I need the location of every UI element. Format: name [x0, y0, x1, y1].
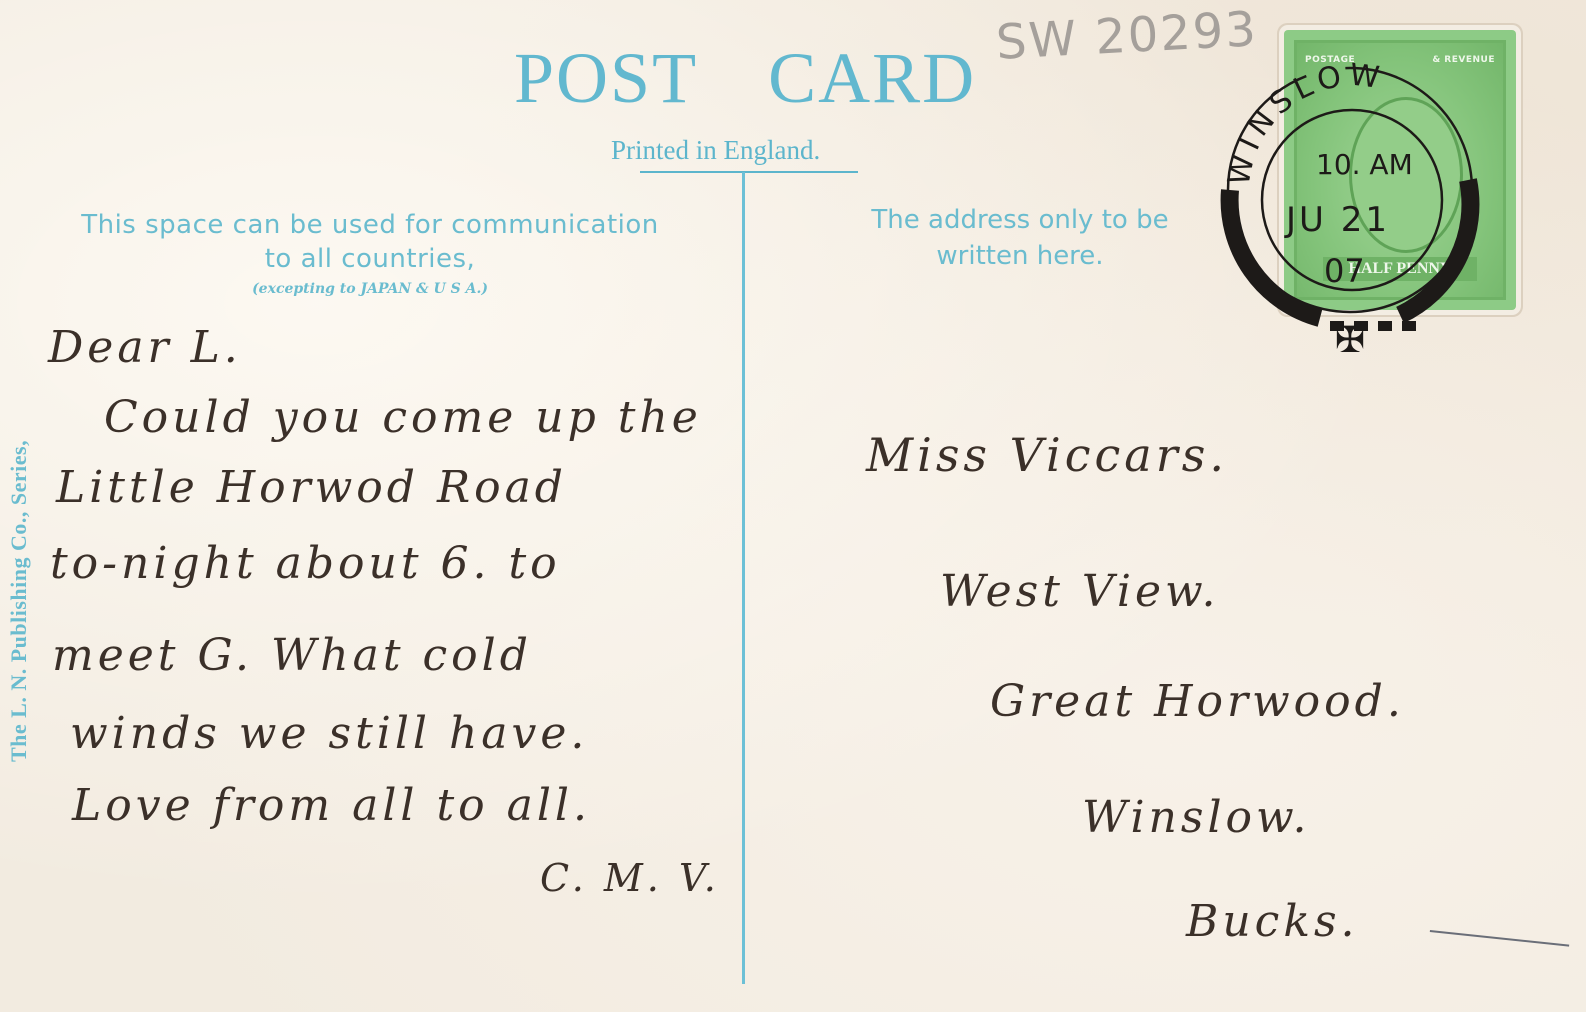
divider-horizontal: [640, 171, 858, 173]
message-signature: C. M. V.: [540, 856, 720, 900]
publisher-imprint: The L. N. Publishing Co., Series,: [6, 440, 32, 762]
divider-vertical: [742, 172, 745, 984]
message-line: to-night about 6. to: [50, 538, 561, 589]
postcard-back: POSTCARD Printed in England. This space …: [0, 0, 1586, 1012]
address-instruction: The address only to be written here.: [830, 202, 1210, 274]
postmark-date: JU 21: [1286, 200, 1390, 240]
message-instruction-line1: This space can be used for communication: [60, 208, 680, 242]
message-line: winds we still have.: [70, 708, 588, 759]
svg-text:✠: ✠: [1335, 320, 1365, 360]
address-line-name: Miss Viccars.: [866, 428, 1228, 482]
address-line-house: West View.: [940, 566, 1219, 617]
message-instruction: This space can be used for communication…: [60, 208, 680, 276]
address-line-town: Winslow.: [1082, 792, 1310, 843]
message-instruction-note: (excepting to JAPAN & U S A.): [60, 281, 680, 297]
printed-in-england: Printed in England.: [611, 135, 820, 166]
message-line: Could you come up the: [104, 392, 702, 443]
stray-pen-mark: [1430, 930, 1569, 947]
address-line-county: Bucks.: [1186, 896, 1359, 947]
address-line-village: Great Horwood.: [990, 676, 1405, 727]
message-line: Little Horwod Road: [56, 462, 567, 513]
message-line: Love from all to all.: [72, 780, 591, 831]
message-line: Dear L.: [48, 322, 242, 373]
title-post: POST: [514, 38, 698, 118]
postcard-title: POSTCARD: [514, 42, 976, 114]
message-instruction-line2: to all countries,: [60, 242, 680, 276]
title-card: CARD: [768, 38, 976, 118]
address-instruction-line2: written here.: [830, 238, 1210, 274]
postmark-year: 07: [1324, 252, 1365, 290]
message-line: meet G. What cold: [52, 630, 532, 681]
postmark-time: 10. AM: [1316, 148, 1413, 181]
address-instruction-line1: The address only to be: [830, 202, 1210, 238]
